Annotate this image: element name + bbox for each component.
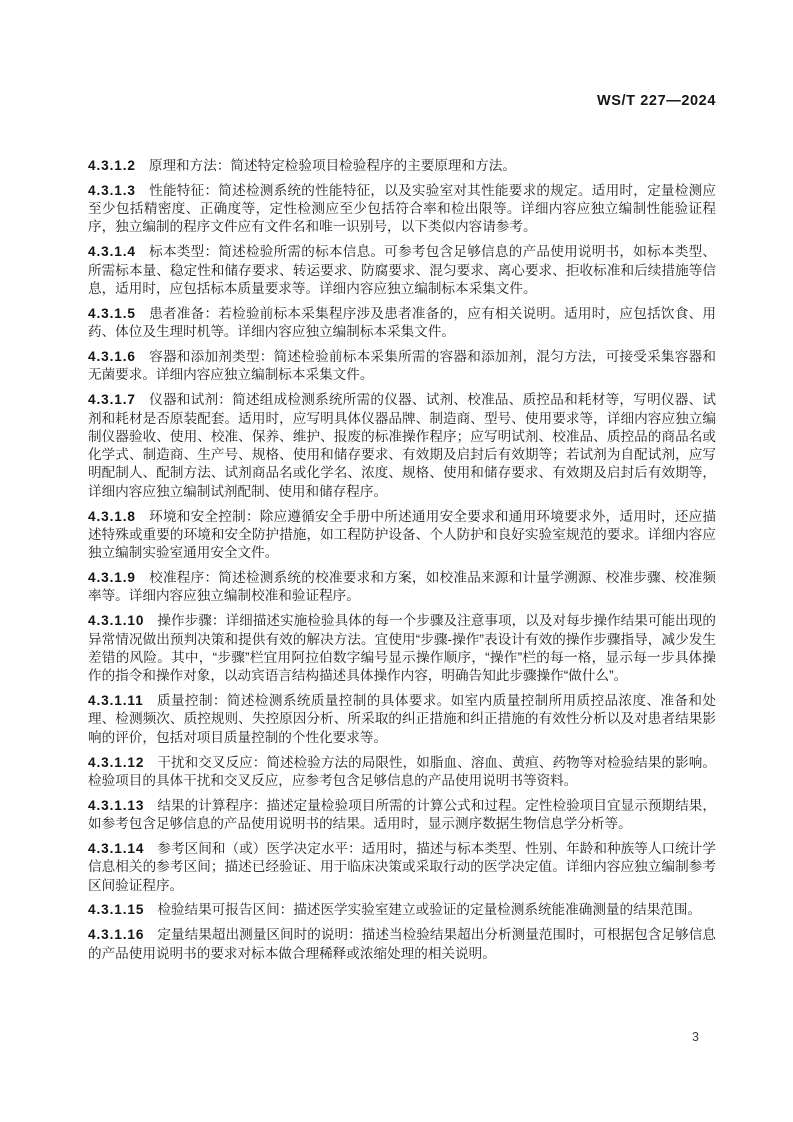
clause-number: 4.3.1.7: [88, 392, 136, 407]
clause-4-3-1-14: 4.3.1.14参考区间和（或）医学决定水平：适用时，描述与标本类型、性别、年龄…: [88, 840, 716, 895]
clause-text: 校准程序：简述检测系统的校准要求和方案，如校准品来源和计量学溯源、校准步骤、校准…: [88, 570, 716, 603]
clause-number: 4.3.1.3: [88, 183, 136, 198]
clause-text: 干扰和交叉反应：简述检验方法的局限性，如脂血、溶血、黄疸、药物等对检验结果的影响…: [88, 755, 716, 788]
clause-text: 检验结果可报告区间：描述医学实验室建立或验证的定量检测系统能准确测量的结果范围。: [157, 902, 701, 917]
clause-4-3-1-9: 4.3.1.9校准程序：简述检测系统的校准要求和方案，如校准品来源和计量学溯源、…: [88, 569, 716, 606]
clause-4-3-1-8: 4.3.1.8环境和安全控制：除应遵循安全手册中所述通用安全要求和通用环境要求外…: [88, 508, 716, 563]
document-body: 4.3.1.2原理和方法：简述特定检验项目检验程序的主要原理和方法。 4.3.1…: [88, 157, 716, 969]
clause-4-3-1-16: 4.3.1.16定量结果超出测量区间时的说明：描述当检验结果超出分析测量范围时，…: [88, 926, 716, 963]
page-number: 3: [692, 1030, 699, 1044]
clause-number: 4.3.1.14: [88, 841, 144, 856]
clause-number: 4.3.1.4: [88, 244, 136, 259]
clause-number: 4.3.1.15: [88, 902, 144, 917]
clause-number: 4.3.1.8: [88, 509, 136, 524]
standard-code: WS/T 227—2024: [597, 93, 716, 109]
clause-text: 结果的计算程序：描述定量检验项目所需的计算公式和过程。定性检验项目宜显示预期结果…: [88, 798, 716, 831]
clause-text: 性能特征：简述检测系统的性能特征，以及实验室对其性能要求的规定。适用时，定量检测…: [88, 183, 716, 235]
clause-text: 仪器和试剂：简述组成检测系统所需的仪器、试剂、校准品、质控品和耗材等，写明仪器、…: [88, 392, 716, 498]
clause-text: 质量控制：简述检测系统质量控制的具体要求。如室内质量控制所用质控品浓度、准备和处…: [88, 693, 716, 745]
clause-text: 环境和安全控制：除应遵循安全手册中所述通用安全要求和通用环境要求外，适用时，还应…: [88, 509, 716, 561]
clause-text: 原理和方法：简述特定检验项目检验程序的主要原理和方法。: [149, 158, 516, 173]
document-header: WS/T 227—2024: [0, 93, 716, 109]
clause-number: 4.3.1.12: [88, 755, 144, 770]
clause-4-3-1-4: 4.3.1.4标本类型：简述检验所需的标本信息。可参考包含足够信息的产品使用说明…: [88, 243, 716, 298]
clause-number: 4.3.1.5: [88, 306, 136, 321]
clause-4-3-1-11: 4.3.1.11质量控制：简述检测系统质量控制的具体要求。如室内质量控制所用质控…: [88, 692, 716, 747]
clause-4-3-1-15: 4.3.1.15检验结果可报告区间：描述医学实验室建立或验证的定量检测系统能准确…: [88, 901, 716, 919]
clause-number: 4.3.1.11: [88, 693, 144, 708]
clause-number: 4.3.1.2: [88, 158, 136, 173]
clause-text: 操作步骤：详细描述实施检验具体的每一个步骤及注意事项，以及对每步操作结果可能出现…: [88, 613, 716, 683]
clause-4-3-1-6: 4.3.1.6容器和添加剂类型：简述检验前标本采集所需的容器和添加剂，混匀方法，…: [88, 348, 716, 385]
clause-4-3-1-10: 4.3.1.10操作步骤：详细描述实施检验具体的每一个步骤及注意事项，以及对每步…: [88, 612, 716, 685]
clause-number: 4.3.1.10: [88, 613, 144, 628]
clause-text: 参考区间和（或）医学决定水平：适用时，描述与标本类型、性别、年龄和种族等人口统计…: [88, 841, 716, 893]
clause-4-3-1-13: 4.3.1.13结果的计算程序：描述定量检验项目所需的计算公式和过程。定性检验项…: [88, 797, 716, 834]
clause-4-3-1-12: 4.3.1.12干扰和交叉反应：简述检验方法的局限性，如脂血、溶血、黄疸、药物等…: [88, 754, 716, 791]
document-page: WS/T 227—2024 4.3.1.2原理和方法：简述特定检验项目检验程序的…: [0, 0, 793, 1122]
clause-text: 定量结果超出测量区间时的说明：描述当检验结果超出分析测量范围时，可根据包含足够信…: [88, 927, 716, 960]
clause-number: 4.3.1.6: [88, 349, 136, 364]
clause-4-3-1-2: 4.3.1.2原理和方法：简述特定检验项目检验程序的主要原理和方法。: [88, 157, 716, 175]
clause-text: 容器和添加剂类型：简述检验前标本采集所需的容器和添加剂，混匀方法，可接受采集容器…: [88, 349, 716, 382]
clause-text: 患者准备：若检验前标本采集程序涉及患者准备的，应有相关说明。适用时，应包括饮食、…: [88, 306, 716, 339]
clause-number: 4.3.1.16: [88, 927, 144, 942]
clause-number: 4.3.1.9: [88, 570, 136, 585]
clause-4-3-1-5: 4.3.1.5患者准备：若检验前标本采集程序涉及患者准备的，应有相关说明。适用时…: [88, 305, 716, 342]
clause-4-3-1-7: 4.3.1.7仪器和试剂：简述组成检测系统所需的仪器、试剂、校准品、质控品和耗材…: [88, 391, 716, 501]
clause-number: 4.3.1.13: [88, 798, 144, 813]
clause-text: 标本类型：简述检验所需的标本信息。可参考包含足够信息的产品使用说明书，如标本类型…: [88, 244, 716, 296]
clause-4-3-1-3: 4.3.1.3性能特征：简述检测系统的性能特征，以及实验室对其性能要求的规定。适…: [88, 182, 716, 237]
